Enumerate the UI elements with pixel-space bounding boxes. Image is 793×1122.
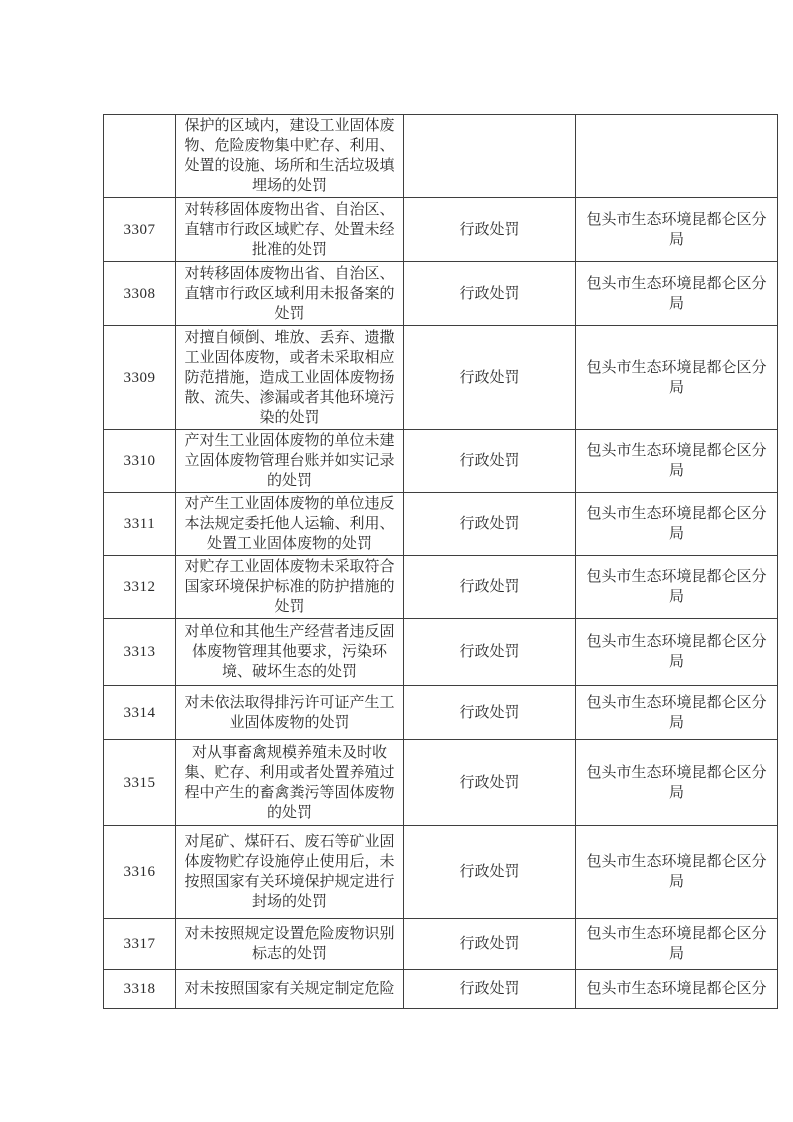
serial-number-cell: 3317 (104, 919, 176, 970)
serial-number-cell: 3310 (104, 430, 176, 493)
penalty-item-cell: 对产生工业固体废物的单位违反本法规定委托他人运输、利用、处置工业固体废物的处罚 (176, 493, 404, 556)
implementing-department-cell: 包头市生态环境昆都仑区分局 (576, 826, 778, 919)
penalty-item-cell: 对擅自倾倒、堆放、丢弃、遗撒工业固体废物，或者未采取相应防范措施，造成工业固体废… (176, 326, 404, 430)
penalty-category-cell: 行政处罚 (404, 619, 576, 686)
table-row: 3309对擅自倾倒、堆放、丢弃、遗撒工业固体废物，或者未采取相应防范措施，造成工… (104, 326, 778, 430)
serial-number-cell: 3314 (104, 686, 176, 740)
serial-number-cell: 3315 (104, 740, 176, 826)
penalty-items-table: 保护的区域内，建设工业固体废物、危险废物集中贮存、利用、处置的设施、场所和生活垃… (103, 114, 778, 1009)
table-row: 3312对贮存工业固体废物未采取符合国家环境保护标准的防护措施的处罚行政处罚包头… (104, 556, 778, 619)
implementing-department-cell: 包头市生态环境昆都仑区分局 (576, 556, 778, 619)
table-row: 3313对单位和其他生产经营者违反固体废物管理其他要求，污染环境、破坏生态的处罚… (104, 619, 778, 686)
table-row: 3318对未按照国家有关规定制定危险行政处罚包头市生态环境昆都仑区分 (104, 970, 778, 1009)
penalty-item-cell: 对未按照国家有关规定制定危险 (176, 970, 404, 1009)
penalty-category-cell: 行政处罚 (404, 493, 576, 556)
penalty-item-cell: 保护的区域内，建设工业固体废物、危险废物集中贮存、利用、处置的设施、场所和生活垃… (176, 115, 404, 198)
penalty-item-cell: 对从事畜禽规模养殖未及时收集、贮存、利用或者处置养殖过程中产生的畜禽粪污等固体废… (176, 740, 404, 826)
implementing-department-cell: 包头市生态环境昆都仑区分局 (576, 430, 778, 493)
penalty-item-cell: 产对生工业固体废物的单位未建立固体废物管理台账并如实记录的处罚 (176, 430, 404, 493)
implementing-department-cell: 包头市生态环境昆都仑区分局 (576, 262, 778, 326)
penalty-item-cell: 对贮存工业固体废物未采取符合国家环境保护标准的防护措施的处罚 (176, 556, 404, 619)
table-row: 3317对未按照规定设置危险废物识别标志的处罚行政处罚包头市生态环境昆都仑区分局 (104, 919, 778, 970)
penalty-category-cell: 行政处罚 (404, 262, 576, 326)
implementing-department-cell: 包头市生态环境昆都仑区分局 (576, 493, 778, 556)
implementing-department-cell: 包头市生态环境昆都仑区分局 (576, 198, 778, 262)
serial-number-cell: 3311 (104, 493, 176, 556)
serial-number-cell: 3313 (104, 619, 176, 686)
implementing-department-cell: 包头市生态环境昆都仑区分局 (576, 326, 778, 430)
serial-number-cell: 3307 (104, 198, 176, 262)
penalty-item-cell: 对单位和其他生产经营者违反固体废物管理其他要求，污染环境、破坏生态的处罚 (176, 619, 404, 686)
implementing-department-cell (576, 115, 778, 198)
penalty-category-cell: 行政处罚 (404, 826, 576, 919)
table-row: 3310产对生工业固体废物的单位未建立固体废物管理台账并如实记录的处罚行政处罚包… (104, 430, 778, 493)
penalty-item-cell: 对尾矿、煤矸石、废石等矿业固体废物贮存设施停止使用后，未按照国家有关环境保护规定… (176, 826, 404, 919)
table-row: 3308对转移固体废物出省、自治区、直辖市行政区域利用未报备案的处罚行政处罚包头… (104, 262, 778, 326)
table-row: 3307对转移固体废物出省、自治区、直辖市行政区域贮存、处置未经批准的处罚行政处… (104, 198, 778, 262)
serial-number-cell (104, 115, 176, 198)
table-row: 3316对尾矿、煤矸石、废石等矿业固体废物贮存设施停止使用后，未按照国家有关环境… (104, 826, 778, 919)
penalty-item-cell: 对未按照规定设置危险废物识别标志的处罚 (176, 919, 404, 970)
implementing-department-cell: 包头市生态环境昆都仑区分局 (576, 686, 778, 740)
penalty-item-cell: 对转移固体废物出省、自治区、直辖市行政区域贮存、处置未经批准的处罚 (176, 198, 404, 262)
penalty-item-cell: 对转移固体废物出省、自治区、直辖市行政区域利用未报备案的处罚 (176, 262, 404, 326)
implementing-department-cell: 包头市生态环境昆都仑区分局 (576, 740, 778, 826)
penalty-category-cell: 行政处罚 (404, 556, 576, 619)
serial-number-cell: 3316 (104, 826, 176, 919)
penalty-category-cell: 行政处罚 (404, 740, 576, 826)
implementing-department-cell: 包头市生态环境昆都仑区分 (576, 970, 778, 1009)
penalty-item-cell: 对未依法取得排污许可证产生工业固体废物的处罚 (176, 686, 404, 740)
serial-number-cell: 3309 (104, 326, 176, 430)
serial-number-cell: 3318 (104, 970, 176, 1009)
document-page: 保护的区域内，建设工业固体废物、危险废物集中贮存、利用、处置的设施、场所和生活垃… (0, 0, 793, 1122)
implementing-department-cell: 包头市生态环境昆都仑区分局 (576, 919, 778, 970)
table-row: 3311对产生工业固体废物的单位违反本法规定委托他人运输、利用、处置工业固体废物… (104, 493, 778, 556)
penalty-category-cell: 行政处罚 (404, 430, 576, 493)
penalty-category-cell: 行政处罚 (404, 198, 576, 262)
serial-number-cell: 3312 (104, 556, 176, 619)
serial-number-cell: 3308 (104, 262, 176, 326)
implementing-department-cell: 包头市生态环境昆都仑区分局 (576, 619, 778, 686)
table-row: 3314对未依法取得排污许可证产生工业固体废物的处罚行政处罚包头市生态环境昆都仑… (104, 686, 778, 740)
penalty-category-cell: 行政处罚 (404, 919, 576, 970)
penalty-category-cell: 行政处罚 (404, 686, 576, 740)
table-row: 3315对从事畜禽规模养殖未及时收集、贮存、利用或者处置养殖过程中产生的畜禽粪污… (104, 740, 778, 826)
table-row: 保护的区域内，建设工业固体废物、危险废物集中贮存、利用、处置的设施、场所和生活垃… (104, 115, 778, 198)
penalty-category-cell: 行政处罚 (404, 326, 576, 430)
penalty-category-cell (404, 115, 576, 198)
penalty-category-cell: 行政处罚 (404, 970, 576, 1009)
